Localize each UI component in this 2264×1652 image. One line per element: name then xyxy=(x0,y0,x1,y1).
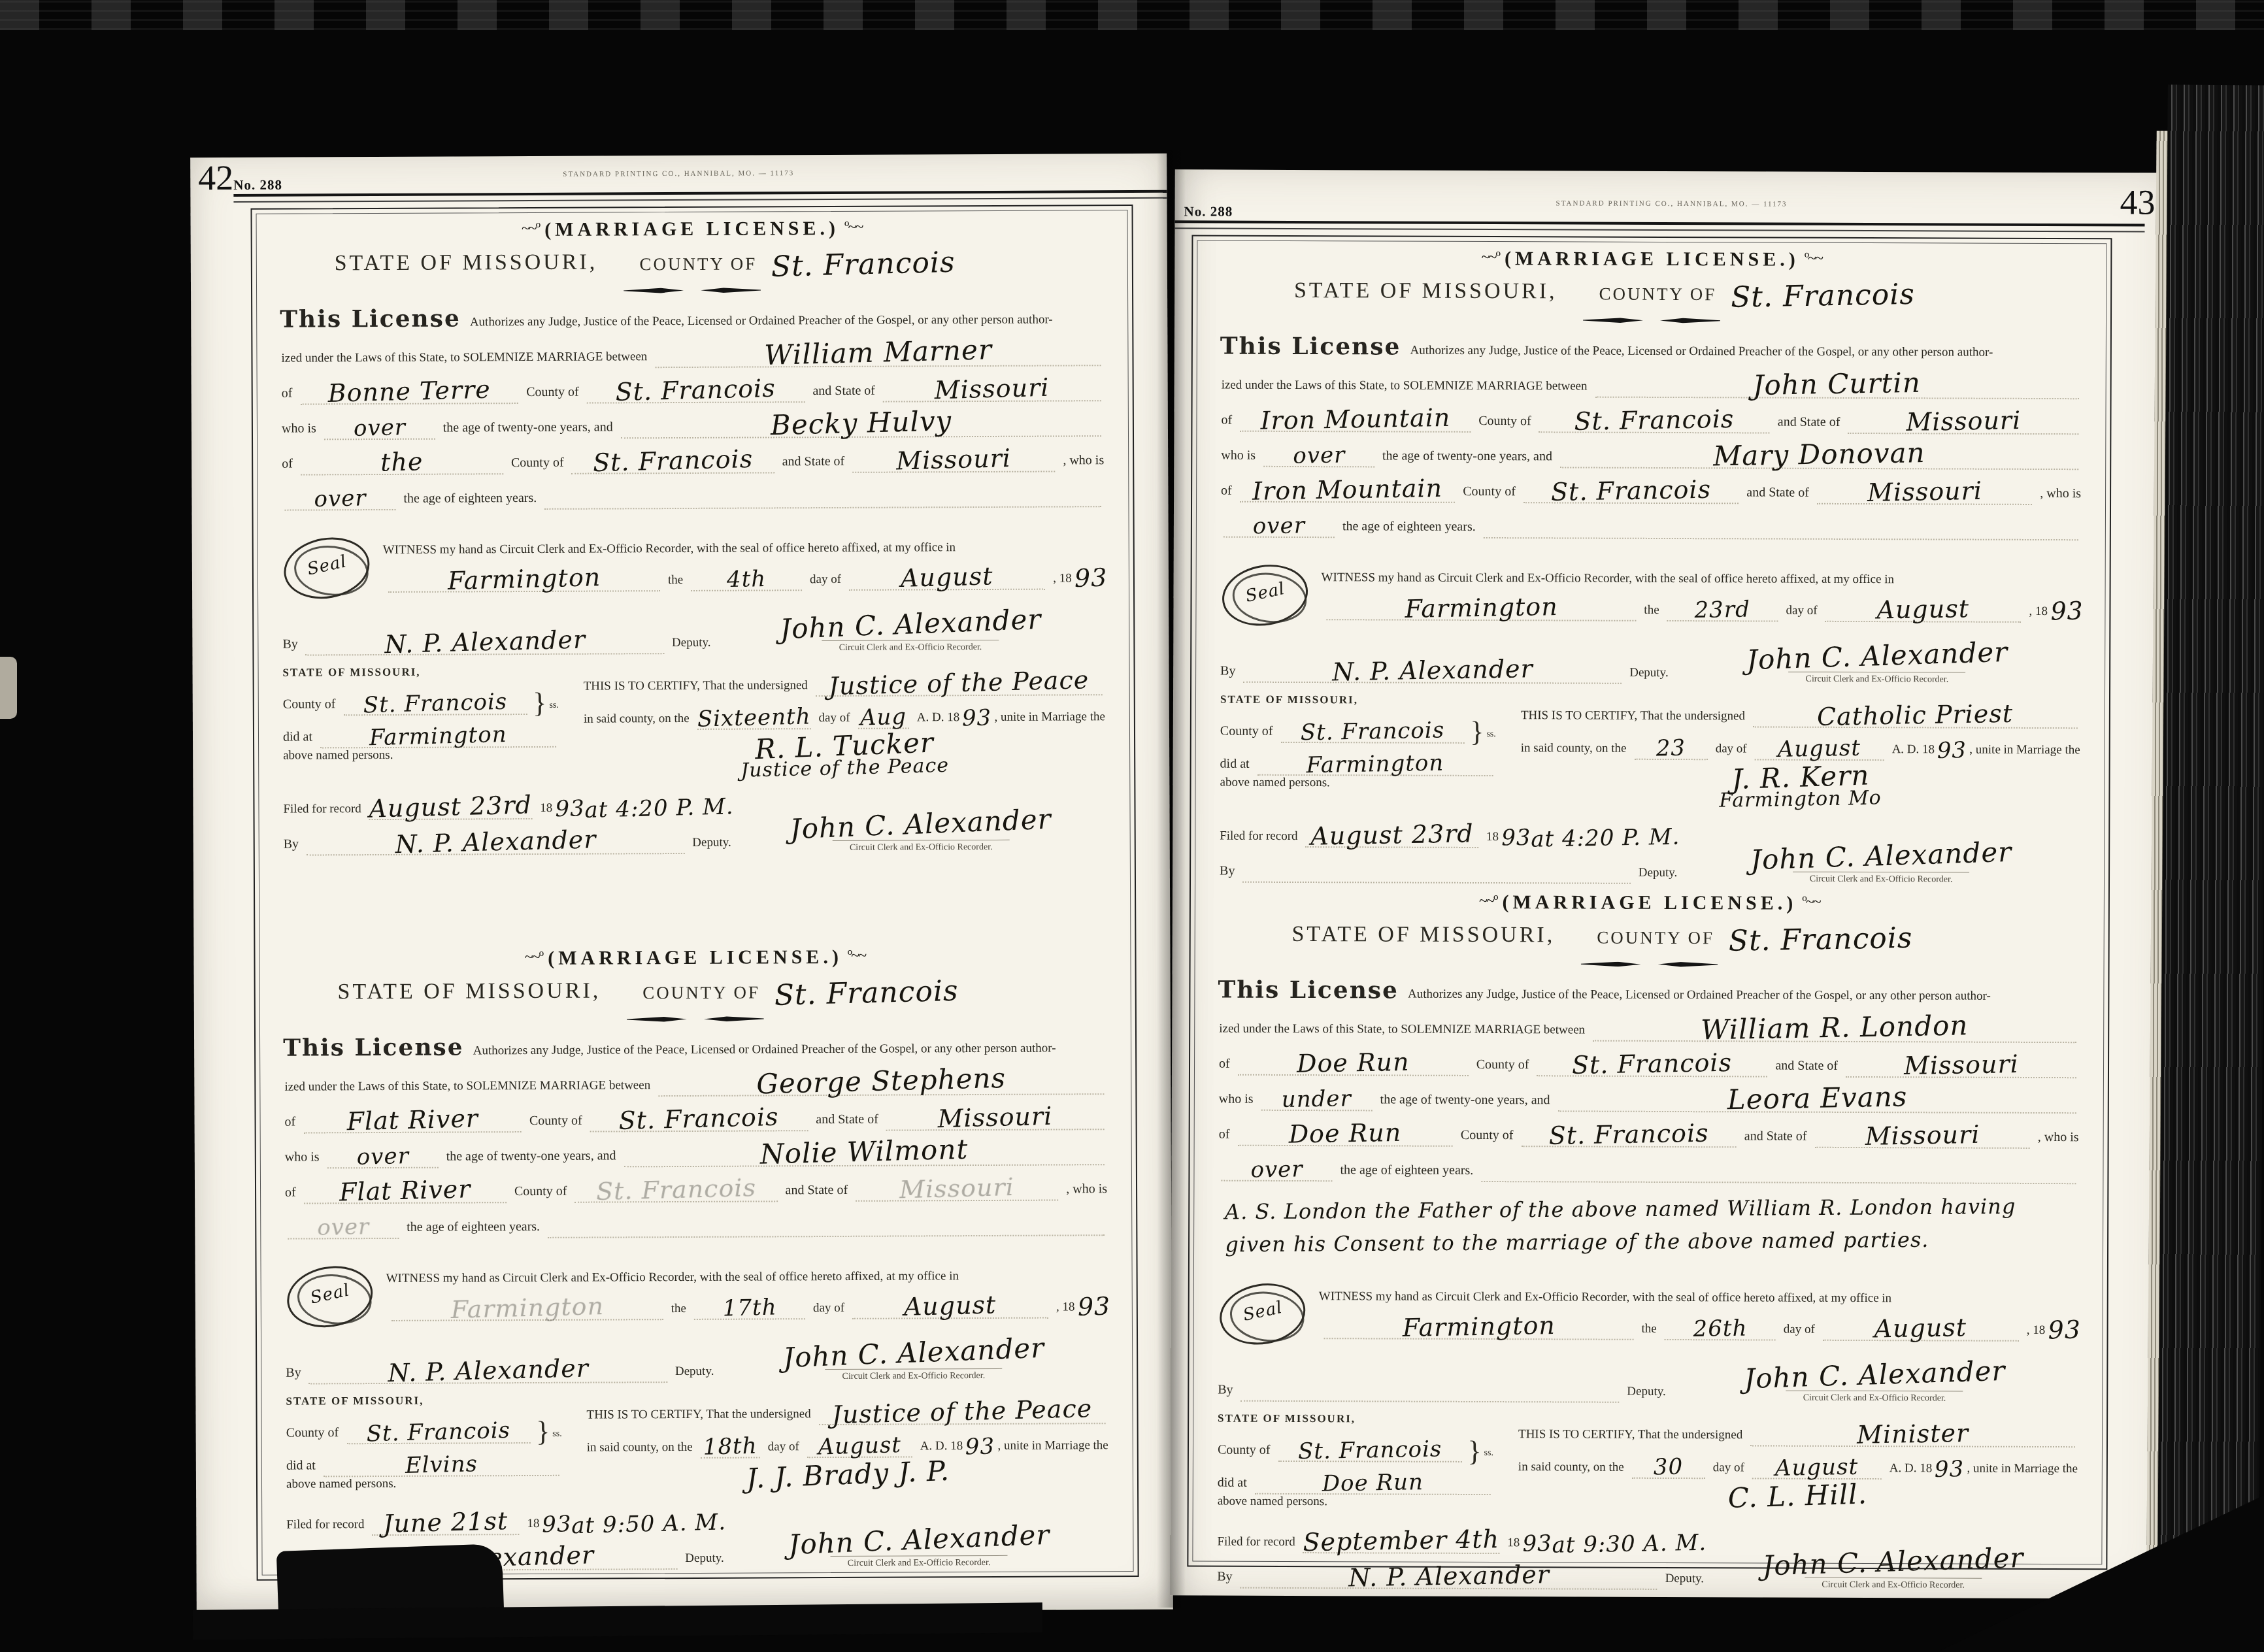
witness-section: Seal WITNESS my hand as Circuit Clerk an… xyxy=(283,1258,1111,1339)
filed-clerk-signature-area: John C. Alexander Circuit Clerk and Ex-O… xyxy=(1706,1549,2080,1592)
ss-label: ss. xyxy=(1482,1448,1496,1462)
ornament-divider xyxy=(1217,960,2082,969)
brace-glyph: } xyxy=(536,1422,550,1444)
marriage-certificate-section: STATE OF MISSOURI, County of St. Francoi… xyxy=(283,1391,1111,1496)
authorizes-text: Authorizes any Judge, Justice of the Pea… xyxy=(471,1042,1059,1063)
cert-date-line: in said county, on the Sixteenth day of … xyxy=(581,697,1108,731)
day-of-label: day of xyxy=(810,1301,847,1319)
ss-label: ss. xyxy=(1484,729,1498,744)
cert-place: Farmington xyxy=(369,724,507,749)
clerk-signature: John C. Alexander xyxy=(779,606,1041,643)
bride-state: Missouri xyxy=(1867,479,1982,504)
printer-imprint: STANDARD PRINTING CO., HANNIBAL, MO. — 1… xyxy=(1175,198,2169,209)
filed-clerk-signature: John C. Alexander xyxy=(790,806,1052,843)
witness-body: WITNESS my hand as Circuit Clerk and Ex-… xyxy=(1321,560,2083,623)
between-line: ized under the Laws of this State, to SO… xyxy=(1219,363,2084,400)
filed-time: at 4:20 P. M. xyxy=(584,796,734,821)
and-state-of-label: and State of xyxy=(1742,1129,1810,1148)
bride-county-blank: St. Francois xyxy=(571,442,774,474)
deputy-label: Deputy. xyxy=(1663,1572,1707,1590)
license-heading-text: (MARRIAGE LICENSE.) xyxy=(1502,891,1797,914)
officiant-blank: Justice of the Peace xyxy=(816,664,1103,697)
this-license-label: This License xyxy=(278,305,467,334)
cert-day: Sixteenth xyxy=(697,706,810,730)
filed-time: at 9:50 A. M. xyxy=(571,1512,726,1536)
certificate-right-column: THIS IS TO CERTIFY, That the undersigned… xyxy=(1518,694,2083,810)
divider-mark xyxy=(627,1016,687,1022)
form-whitespace xyxy=(1218,538,2084,561)
officiant-signature-area: J. R. Kern Farmington Mo xyxy=(1518,763,2082,810)
cert-place-blank: Farmington xyxy=(320,716,556,749)
witness-day: 26th xyxy=(1693,1318,1747,1340)
bride-age-blank: over xyxy=(1224,506,1335,538)
groom-county: St. Francois xyxy=(1572,1051,1733,1077)
flourish-right: º~~ xyxy=(1799,250,1828,267)
county-handwritten: St. Francois xyxy=(1731,280,2012,312)
filed-date: June 21st xyxy=(383,1509,508,1536)
cert-year: 93 xyxy=(1935,1459,1965,1480)
of-label: of xyxy=(279,457,295,476)
age21-label: the age of twenty-one years, and xyxy=(444,1149,619,1168)
day-of-label: day of xyxy=(1710,1461,1747,1479)
deputy-signature-area: By N. P. Alexander Deputy. xyxy=(1218,651,1671,684)
state-label: STATE OF MISSOURI, xyxy=(1291,278,1597,308)
county-label: COUNTY OF xyxy=(637,254,759,278)
county-of-label: County of xyxy=(1218,723,1276,742)
cert-place-line: did at Elvins xyxy=(284,1445,565,1478)
groom-state-blank: Missouri xyxy=(1846,1046,2076,1078)
groom-residence-line: of Bonne Terre County of St. Francois an… xyxy=(279,367,1107,405)
filed-for-record-label: Filed for record xyxy=(1217,829,1300,848)
cert-day: 23 xyxy=(1656,737,1686,759)
groom-county-blank: St. Francois xyxy=(590,1100,808,1132)
witness-place: Farmington xyxy=(450,1294,604,1321)
deputy-signature-blank: N. P. Alexander xyxy=(1243,652,1622,684)
who-is-label: who is xyxy=(1216,1092,1256,1111)
who-is-label: , who is xyxy=(2035,1130,2082,1149)
bride-residence-line: of the County of St. Francois and State … xyxy=(279,438,1107,476)
filed-for-record-label: Filed for record xyxy=(1214,1535,1297,1553)
groom-name-blank: George Stephens xyxy=(658,1063,1104,1097)
witness-signatures: By Deputy. John C. Alexander Circuit Cle… xyxy=(1215,1360,2080,1405)
eighteen-label: 18 xyxy=(524,1517,542,1535)
did-at-label: did at xyxy=(284,1458,318,1477)
book-spine-shadow xyxy=(1157,150,1186,1608)
by-label: By xyxy=(1214,1570,1235,1589)
groom-age: over xyxy=(356,1146,409,1168)
form-border: ~~º(MARRIAGE LICENSE.)º~~ STATE OF MISSO… xyxy=(1187,235,2112,1570)
this-license-label: This License xyxy=(1219,333,1408,362)
groom-county-blank: St. Francois xyxy=(1539,401,1770,433)
witness-statement: WITNESS my hand as Circuit Clerk and Ex-… xyxy=(1319,1280,2081,1307)
witness-statement: WITNESS my hand as Circuit Clerk and Ex-… xyxy=(1322,560,2084,587)
bride-name-blank: Becky Hulvy xyxy=(621,405,1101,438)
empty-blank xyxy=(1481,1151,2076,1184)
bride-age: over xyxy=(1250,1159,1303,1181)
groom-age-line: who is over the age of twenty-one years,… xyxy=(1218,433,2084,471)
bride-state-blank: Missouri xyxy=(856,1170,1058,1202)
county-label: COUNTY OF xyxy=(640,983,763,1008)
cert-county-line: County of St. Francois } ss. xyxy=(280,684,561,716)
witness-day-blank: 23rd xyxy=(1667,590,1778,622)
cert-place-blank: Doe Run xyxy=(1255,1463,1491,1495)
filed-date-blank: August 23rd xyxy=(369,788,533,820)
bride-name-blank: Leora Evans xyxy=(1557,1081,2076,1114)
did-at-label: did at xyxy=(1218,756,1252,775)
cert-date-line: in said county, on the 23 day of August … xyxy=(1518,728,2083,761)
filed-by-line: By N. P. Alexander Deputy. xyxy=(1214,1555,1706,1591)
state-label: STATE OF MISSOURI, xyxy=(1289,922,1594,952)
cert-year: 93 xyxy=(1937,740,1967,761)
groom-state-blank: Missouri xyxy=(1848,403,2078,435)
license-mount-3: ~~º(MARRIAGE LICENSE.)º~~ STATE OF MISSO… xyxy=(1208,240,2093,887)
solemnize-text: ized under the Laws of this State, to SO… xyxy=(278,350,650,369)
officiant-signature-area: R. L. Tucker Justice of the Peace xyxy=(581,732,1108,779)
witness-statement: WITNESS my hand as Circuit Clerk and Ex-… xyxy=(386,1258,1110,1286)
deputy-label: Deputy. xyxy=(1636,866,1680,884)
by-label: By xyxy=(1215,1383,1235,1402)
groom-state: Missouri xyxy=(1906,408,2021,434)
bride-county-blank: St. Francois xyxy=(1521,1115,1737,1148)
witness-statement: WITNESS my hand as Circuit Clerk and Ex-… xyxy=(383,529,1107,557)
county-of-label: County of xyxy=(1460,484,1518,503)
groom-residence-blank: Doe Run xyxy=(1238,1044,1469,1076)
flourish-left: ~~º xyxy=(516,220,545,237)
officiant-signature-line2: Justice of the Peace xyxy=(740,757,949,781)
certificate-left-column: STATE OF MISSOURI, County of St. Francoi… xyxy=(283,1394,565,1496)
clerk-signature-area: John C. Alexander Circuit Clerk and Ex-O… xyxy=(1671,642,2084,686)
deputy-label: Deputy. xyxy=(673,1364,717,1383)
filed-date-blank: September 4th xyxy=(1303,1522,1500,1554)
witness-signatures: By N. P. Alexander Deputy. John C. Alexa… xyxy=(283,1339,1110,1384)
bride-county-blank: St. Francois xyxy=(1523,472,1739,504)
deputy-label: Deputy. xyxy=(682,1551,727,1570)
witness-day: 4th xyxy=(727,569,767,591)
empty-blank xyxy=(1484,507,2078,540)
bride-age-line: over the age of eighteen years. xyxy=(1216,1148,2081,1185)
cert-place: Doe Run xyxy=(1322,1472,1423,1495)
clerk-signature-area: John C. Alexander Circuit Clerk and Ex-O… xyxy=(1669,1361,2081,1404)
witness-date-line: Farmington the 17th day of August , 18 9… xyxy=(386,1284,1110,1321)
county-of-label: County of xyxy=(284,1425,342,1444)
deputy-signature-area: By N. P. Alexander Deputy. xyxy=(280,623,713,656)
between-line: ized under the Laws of this State, to SO… xyxy=(278,332,1106,370)
between-line: ized under the Laws of this State, to SO… xyxy=(282,1061,1109,1099)
groom-name-blank: William R. London xyxy=(1593,1010,2076,1044)
ad18-label: A. D. 18 xyxy=(1889,742,1938,761)
bride-age-line: over the age of eighteen years. xyxy=(1218,504,2084,541)
divider-mark xyxy=(1581,961,1641,967)
divider-mark xyxy=(624,288,684,293)
bride-age-line: over the age of eighteen years. xyxy=(282,1202,1110,1240)
state-county-line: STATE OF MISSOURI, COUNTY OF St. Francoi… xyxy=(1217,922,2082,954)
deputy-label: Deputy. xyxy=(1624,1385,1669,1403)
bride-name-blank: Nolie Wilmont xyxy=(624,1134,1104,1167)
cert-county: St. Francois xyxy=(363,691,508,716)
filed-time: at 4:20 P. M. xyxy=(1531,827,1680,850)
groom-name: William R. London xyxy=(1701,1013,1969,1044)
cert-county: St. Francois xyxy=(1298,1439,1442,1462)
the-label: the xyxy=(1639,1322,1659,1340)
of-label: of xyxy=(1216,1127,1233,1146)
bride-residence: Flat River xyxy=(339,1177,471,1204)
certificate-right-column: THIS IS TO CERTIFY, That the undersigned… xyxy=(581,663,1108,779)
groom-name: William Marner xyxy=(764,337,992,369)
cert-state-label: STATE OF MISSOURI, xyxy=(280,665,561,684)
cert-day-blank: 23 xyxy=(1634,729,1707,760)
and-state-of-label: and State of xyxy=(1775,415,1843,434)
filed-deputy-blank: N. P. Alexander xyxy=(1240,1557,1657,1590)
license-heading-text: (MARRIAGE LICENSE.) xyxy=(1505,248,1799,271)
this-license-label: This License xyxy=(282,1034,471,1063)
who-is-label: who is xyxy=(279,421,319,440)
clerk-signature: John C. Alexander xyxy=(1744,1358,2006,1392)
witness-place: Farmington xyxy=(447,565,601,593)
cert-day-blank: Sixteenth xyxy=(697,698,811,730)
county-handwritten: St. Francois xyxy=(1729,923,2010,955)
groom-age: over xyxy=(1293,444,1346,467)
empty-blank xyxy=(548,1204,1105,1238)
bride-residence: the xyxy=(380,450,424,474)
deputy-signature: N. P. Alexander xyxy=(1332,657,1533,684)
the-label: the xyxy=(669,1302,689,1320)
groom-residence-blank: Flat River xyxy=(303,1101,522,1133)
groom-residence-blank: Bonne Terre xyxy=(300,372,518,405)
filed-date: September 4th xyxy=(1303,1527,1499,1554)
filed-by-line: By Deputy. xyxy=(1217,849,1680,884)
year-prefix-label: , 18 xyxy=(1054,1300,1078,1318)
flourish-left: ~~º xyxy=(1474,893,1503,910)
witness-body: WITNESS my hand as Circuit Clerk and Ex-… xyxy=(383,529,1107,593)
bride-name: Becky Hulvy xyxy=(770,408,952,438)
witness-day-blank: 4th xyxy=(691,559,802,591)
form-whitespace xyxy=(280,507,1107,531)
solemnize-text: ized under the Laws of this State, to SO… xyxy=(1219,378,1590,398)
and-state-of-label: and State of xyxy=(1773,1059,1840,1078)
filed-deputy-blank: N. P. Alexander xyxy=(307,823,684,856)
witness-month: August xyxy=(1874,1315,1967,1341)
in-said-county-label: in said county, on the xyxy=(584,1440,695,1459)
cert-day: 18th xyxy=(703,1435,757,1457)
divider-mark xyxy=(704,1016,764,1022)
witness-month-blank: August xyxy=(1825,591,2022,623)
age21-label: the age of twenty-one years, and xyxy=(1378,1093,1553,1112)
marriage-license-record: ~~º(MARRIAGE LICENSE.)º~~ STATE OF MISSO… xyxy=(269,210,1118,857)
groom-age-line: who is under the age of twenty-one years… xyxy=(1216,1077,2082,1114)
witness-year: 93 xyxy=(1077,1295,1110,1319)
cert-county-line: County of St. Francois } ss. xyxy=(1218,711,1499,744)
clerk-seal-scribble: Seal xyxy=(1215,1279,1318,1357)
authorizes-text: Authorizes any Judge, Justice of the Pea… xyxy=(1405,987,1993,1008)
bride-county: St. Francois xyxy=(593,447,754,474)
year-prefix-label: , 18 xyxy=(2024,1323,2048,1342)
brace-glyph: } xyxy=(1467,1441,1481,1462)
groom-age-blank: over xyxy=(324,408,435,440)
day-of-label: day of xyxy=(816,711,852,729)
groom-residence: Iron Mountain xyxy=(1260,406,1450,433)
witness-body: WITNESS my hand as Circuit Clerk and Ex-… xyxy=(386,1258,1110,1321)
filing-section: Filed for record August 23rd 18 93 at 4:… xyxy=(280,782,1108,856)
witness-place: Farmington xyxy=(1405,595,1558,621)
filed-deputy-blank xyxy=(1242,851,1631,884)
book-page-43: 43 No. 288 STANDARD PRINTING CO., HANNIB… xyxy=(1170,169,2169,1598)
witness-day-blank: 26th xyxy=(1665,1309,1776,1341)
license-heading: ~~º(MARRIAGE LICENSE.)º~~ xyxy=(281,945,1108,971)
bride-county-blank: St. Francois xyxy=(574,1170,777,1202)
groom-residence: Bonne Terre xyxy=(327,378,491,405)
groom-residence-blank: Iron Mountain xyxy=(1240,401,1471,433)
groom-age: over xyxy=(353,417,406,439)
certify-line: THIS IS TO CERTIFY, That the undersigned… xyxy=(1516,1415,2080,1448)
flourish-right: º~~ xyxy=(1797,894,1825,911)
filing-section: Filed for record September 4th 18 93 at … xyxy=(1214,1518,2080,1592)
cert-day-blank: 18th xyxy=(700,1427,759,1458)
cert-year: 93 xyxy=(962,707,992,729)
filed-date-line: Filed for record September 4th 18 93 at … xyxy=(1214,1519,1706,1555)
bride-county: St. Francois xyxy=(596,1176,757,1203)
filed-by-line: By N. P. Alexander Deputy. xyxy=(281,820,734,856)
authorization-line: This License Authorizes any Judge, Justi… xyxy=(278,297,1106,335)
unite-label: , unite in Marriage the xyxy=(995,1438,1110,1457)
groom-residence: Doe Run xyxy=(1297,1050,1410,1076)
cert-state-label: STATE OF MISSOURI, xyxy=(1218,693,1499,711)
cert-month: August xyxy=(1778,737,1861,760)
above-named-label: above named persons. xyxy=(1217,775,1498,795)
age18-label: the age of eighteen years. xyxy=(401,491,539,510)
filed-deputy-signature: N. P. Alexander xyxy=(395,828,596,857)
groom-age-blank: over xyxy=(327,1137,438,1169)
eighteen-label: 18 xyxy=(1484,830,1501,848)
bride-county: St. Francois xyxy=(1548,1121,1709,1148)
officiant-signature-line2: Farmington Mo xyxy=(1719,789,1882,810)
filed-year: 93 xyxy=(555,798,585,819)
filed-date-line: Filed for record June 21st 18 93 at 9:50… xyxy=(284,1500,726,1536)
filed-time: at 9:30 A. M. xyxy=(1552,1532,1706,1556)
ornament-divider xyxy=(282,1014,1109,1024)
filing-left-column: Filed for record September 4th 18 93 at … xyxy=(1214,1518,1706,1591)
cert-place-line: did at Doe Run xyxy=(1215,1463,1496,1496)
ad18-label: A. D. 18 xyxy=(914,710,963,729)
witness-signatures: By N. P. Alexander Deputy. John C. Alexa… xyxy=(1218,641,2083,686)
witness-place: Farmington xyxy=(1402,1313,1556,1340)
certify-line: THIS IS TO CERTIFY, That the undersigned… xyxy=(581,664,1108,698)
officiant-signature-area: J. J. Brady J. P. xyxy=(584,1461,1111,1489)
state-label: STATE OF MISSOURI, xyxy=(335,978,640,1008)
form-whitespace xyxy=(282,1236,1110,1259)
county-of-label: County of xyxy=(512,1184,570,1203)
divider-mark xyxy=(1658,961,1718,967)
groom-county-blank: St. Francois xyxy=(1537,1046,1767,1078)
bride-name-blank: Mary Donovan xyxy=(1560,437,2078,470)
ornament-divider xyxy=(1219,316,2084,325)
officiant-title: Justice of the Peace xyxy=(831,1396,1092,1427)
deputy-signature-area: By Deputy. xyxy=(1215,1370,1669,1403)
flourish-right: º~~ xyxy=(839,219,868,236)
authorizes-text: Authorizes any Judge, Justice of the Pea… xyxy=(1407,344,1995,364)
printer-imprint: STANDARD PRINTING CO., HANNIBAL, MO. — 1… xyxy=(190,168,1167,180)
cert-day: 30 xyxy=(1654,1457,1684,1478)
filed-date-blank: June 21st xyxy=(372,1504,519,1536)
filed-clerk-signature-area: John C. Alexander Circuit Clerk and Ex-O… xyxy=(734,811,1108,854)
by-label: By xyxy=(1217,864,1237,883)
county-of-label: County of xyxy=(1215,1443,1273,1462)
cert-county-blank: St. Francois xyxy=(343,684,527,716)
ss-label: ss. xyxy=(546,701,561,715)
book-edge-striations xyxy=(2157,84,2264,1581)
marriage-license-record: ~~º(MARRIAGE LICENSE.)º~~ STATE OF MISSO… xyxy=(272,938,1120,1573)
witness-date-line: Farmington the 4th day of August , 18 93 xyxy=(383,555,1107,593)
unite-label: , unite in Marriage the xyxy=(1964,1462,2080,1481)
filing-section: Filed for record August 23rd 18 93 at 4:… xyxy=(1217,812,2082,886)
witness-date-line: Farmington the 23rd day of August , 18 9… xyxy=(1321,586,2083,623)
witness-section: Seal WITNESS my hand as Circuit Clerk an… xyxy=(280,529,1108,610)
county-label: COUNTY OF xyxy=(1597,284,1720,309)
cert-county-line: County of St. Francois } ss. xyxy=(1215,1430,1496,1463)
cert-place: Elvins xyxy=(405,1453,478,1476)
bride-age-blank: over xyxy=(284,479,395,511)
empty-blank xyxy=(544,476,1101,510)
certify-label: THIS IS TO CERTIFY, That the undersigned xyxy=(581,678,810,698)
filed-deputy-signature: N. P. Alexander xyxy=(1348,1562,1550,1589)
witness-signatures: By N. P. Alexander Deputy. John C. Alexa… xyxy=(280,610,1107,655)
age18-label: the age of eighteen years. xyxy=(1337,1163,1476,1183)
by-label: By xyxy=(283,1366,303,1385)
clerk-signature: John C. Alexander xyxy=(1746,639,2008,673)
bride-residence-blank: the xyxy=(301,443,503,475)
of-label: of xyxy=(1216,1057,1233,1076)
and-state-of-label: and State of xyxy=(783,1183,851,1202)
deputy-label: Deputy. xyxy=(1627,666,1671,684)
filed-clerk-signature: John C. Alexander xyxy=(1750,839,2012,873)
seal-text: Seal xyxy=(1242,1300,1284,1324)
ad18-label: A. D. 18 xyxy=(1887,1462,1935,1480)
cert-place-line: did at Farmington xyxy=(280,716,561,749)
clerk-title-label: Circuit Clerk and Ex-Officio Recorder. xyxy=(1805,1578,1982,1591)
filed-clerk-signature-area: John C. Alexander Circuit Clerk and Ex-O… xyxy=(726,1526,1111,1569)
filed-date: August 23rd xyxy=(1310,822,1474,848)
flourish-right: º~~ xyxy=(842,948,871,965)
cert-date-line: in said county, on the 18th day of Augus… xyxy=(584,1425,1111,1459)
groom-age-blank: under xyxy=(1261,1080,1373,1112)
county-of-label: County of xyxy=(1474,1057,1532,1076)
bride-state-blank: Missouri xyxy=(852,441,1055,473)
ss-label: ss. xyxy=(550,1429,565,1444)
witness-place-blank: Farmington xyxy=(391,1289,663,1321)
who-is-label: , who is xyxy=(1060,453,1107,472)
filing-left-column: Filed for record August 23rd 18 93 at 4:… xyxy=(280,784,734,856)
bride-name: Leora Evans xyxy=(1727,1084,1907,1114)
certify-label: THIS IS TO CERTIFY, That the undersigned xyxy=(1516,1428,1745,1447)
parental-consent-note: A. S. London the Father of the above nam… xyxy=(1225,1191,2073,1261)
groom-age-line: who is over the age of twenty-one years,… xyxy=(279,403,1107,440)
clerk-seal-scribble: Seal xyxy=(1218,560,1321,638)
year-prefix-label: , 18 xyxy=(1050,571,1074,589)
cert-county-blank: St. Francois xyxy=(346,1412,531,1444)
flourish-left: ~~º xyxy=(1476,249,1505,266)
marriage-certificate-section: STATE OF MISSOURI, County of St. Francoi… xyxy=(1217,693,2083,810)
eighteen-label: 18 xyxy=(1505,1536,1522,1554)
officiant-title: Justice of the Peace xyxy=(829,668,1090,698)
unite-label: , unite in Marriage the xyxy=(1967,742,2082,761)
deputy-signature-blank: N. P. Alexander xyxy=(306,623,665,655)
groom-state: Missouri xyxy=(1903,1052,2018,1078)
witness-year: 93 xyxy=(2050,599,2084,623)
day-of-label: day of xyxy=(765,1440,802,1458)
witness-month: August xyxy=(901,564,993,590)
and-state-of-label: and State of xyxy=(780,454,848,473)
state-county-line: STATE OF MISSOURI, COUNTY OF St. Francoi… xyxy=(282,976,1109,1009)
license-mount-1: ~~º(MARRIAGE LICENSE.)º~~ STATE OF MISSO… xyxy=(269,210,1118,857)
